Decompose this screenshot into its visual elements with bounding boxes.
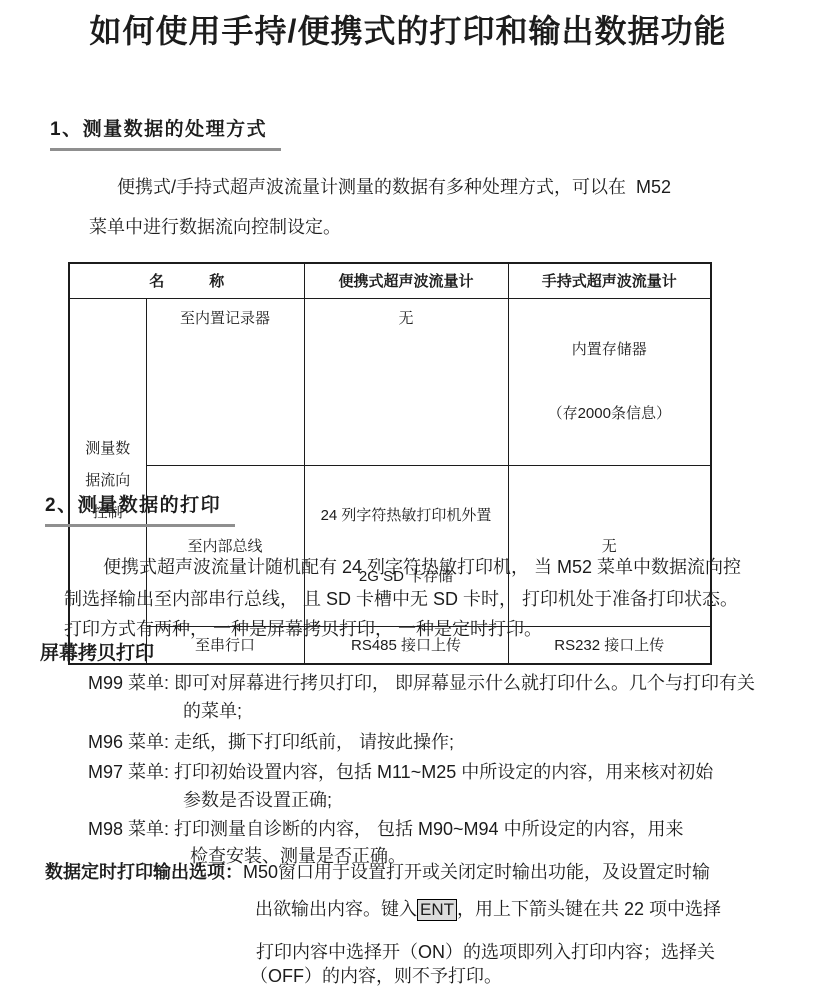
- menu-item-m97-line1: M97 菜单: 打印初始设置内容，包括 M11~M25 中所设定的内容，用来核对…: [88, 761, 713, 783]
- table-cell-row1-portable: 无: [304, 298, 508, 465]
- section-1-paragraph-line: 菜单中进行数据流向控制设定。: [89, 216, 341, 238]
- menu-item-m98-line1: M98 菜单: 打印测量自诊断的内容， 包括 M90~M94 中所设定的内容，用…: [88, 818, 684, 840]
- menu-item-m99-line2: 的菜单;: [183, 700, 242, 722]
- section-2-heading: 2、测量数据的打印: [45, 490, 235, 527]
- menu-item-m97-line2: 参数是否设置正确;: [183, 789, 332, 811]
- timed-print-line1-text: M50窗口用于设置打开或关闭定时输出功能，及设置定时输: [243, 862, 710, 882]
- section-1-paragraph-line: 便携式/手持式超声波流量计测量的数据有多种处理方式，可以在 M52: [117, 176, 671, 198]
- timed-print-line2: 出欲输出内容。键入ENT，用上下箭头键在共 22 项中选择: [255, 898, 721, 921]
- timed-print-label: 数据定时打印输出选项：: [45, 862, 243, 882]
- timed-print-line4: （OFF）的内容，则不予打印。: [250, 965, 502, 987]
- table-header-handheld: 手持式超声波流量计: [508, 263, 711, 298]
- section-2-paragraph-line: 便携式超声波流量计随机配有 24 列字符热敏打印机， 当 M52 菜单中数据流向…: [103, 556, 741, 578]
- handheld-storage-capacity: （存2000条信息）: [513, 399, 707, 429]
- section-2-paragraph-line: 制选择输出至内部串行总线， 且 SD 卡槽中无 SD 卡时， 打印机处于准备打印…: [64, 588, 738, 610]
- timed-print-line2-post: ，用上下箭头键在共 22 项中选择: [457, 899, 721, 919]
- table-cell-row1-name: 至内置记录器: [146, 298, 304, 465]
- ent-key: ENT: [417, 899, 457, 921]
- portable-printer-line: 24 列字符热敏打印机外置: [309, 502, 504, 529]
- table-header-portable: 便携式超声波流量计: [304, 263, 508, 298]
- section-2-paragraph-line: 打印方式有两种， 一种是屏幕拷贝打印， 一种是定时打印。: [64, 618, 542, 640]
- document-page: 如何使用手持/便携式的打印和输出数据功能 1、测量数据的处理方式 便携式/手持式…: [0, 0, 816, 995]
- timed-print-line2-pre: 出欲输出内容。键入: [255, 899, 417, 919]
- timed-print-line3: 打印内容中选择开（ON）的选项即列入打印内容；选择关: [256, 941, 715, 963]
- table-header-name: 名 称: [69, 263, 304, 298]
- document-title: 如何使用手持/便携式的打印和输出数据功能: [0, 6, 816, 52]
- screen-copy-print-heading: 屏幕拷贝打印: [40, 643, 154, 665]
- section-1-heading: 1、测量数据的处理方式: [50, 114, 281, 151]
- menu-item-m99-line1: M99 菜单: 即可对屏幕进行拷贝打印， 即屏幕显示什么就打印什么。几个与打印有…: [88, 672, 755, 694]
- handheld-storage-line: 内置存储器: [513, 335, 707, 365]
- table-cell-row1-handheld: 内置存储器 （存2000条信息）: [508, 298, 711, 465]
- menu-item-m96: M96 菜单: 走纸，撕下打印纸前， 请按此操作;: [88, 731, 454, 753]
- timed-print-line1: 数据定时打印输出选项：M50窗口用于设置打开或关闭定时输出功能，及设置定时输: [45, 861, 710, 883]
